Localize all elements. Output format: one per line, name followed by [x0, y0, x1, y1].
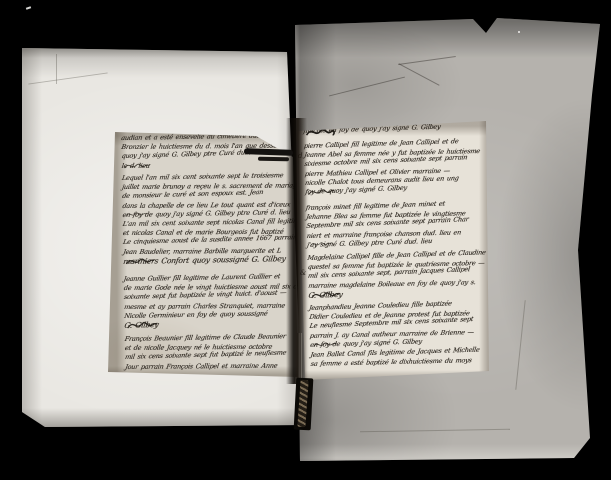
page-crease	[398, 56, 456, 65]
register-entry: Jeanne Guillier fill legitime de Laurent…	[123, 272, 302, 330]
manuscript-right-text: finichié en foy de quoy j'ay signé G. Gi…	[303, 115, 495, 373]
register-entry: L'an mil six cent soixante sept nicolas …	[123, 217, 302, 266]
register-entry: Jeanphandieu Jeanne Couledieu fille bapt…	[309, 298, 494, 350]
manuscript-left-text: audian et a esté ensevelie au cimetiere …	[121, 129, 303, 374]
page-crease	[329, 77, 405, 97]
page-crease	[28, 72, 107, 84]
paper-speck	[26, 6, 31, 10]
binding-gutter	[286, 118, 307, 384]
paper-speck	[518, 31, 520, 33]
register-entry: françois minet fill legitime de Jean min…	[306, 198, 491, 250]
register-entry: Magdelaine Callipel fille de Jean Callip…	[307, 248, 492, 300]
book-photo: audian et a esté ensevelie au cimetiere …	[0, 0, 611, 480]
page-crease	[360, 429, 510, 433]
manuscript-line: Jour parrain François Callipel et marrai…	[124, 361, 303, 372]
register-entry: Lequel l'an mil six cent soixante sept l…	[122, 171, 301, 220]
page-crease	[398, 63, 439, 85]
ink-smear	[258, 157, 289, 162]
register-entry: François Beaunier fill legitime de Claud…	[125, 332, 304, 372]
register-entry: pierre Callipel fill legitime de Jean Ca…	[304, 136, 490, 197]
manuscript-line: le d. lieu	[121, 160, 300, 171]
page-crease	[56, 54, 57, 84]
page-crease	[515, 300, 525, 390]
